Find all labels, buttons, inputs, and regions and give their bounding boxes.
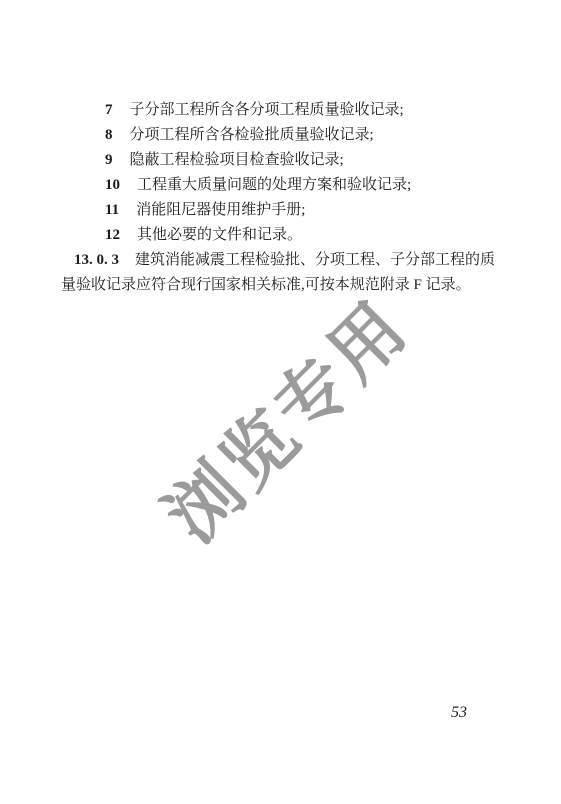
list-item: 10工程重大质量问题的处理方案和验收记录; [61,173,493,198]
list-item: 7子分部工程所含各分项工程质量验收记录; [61,98,493,123]
page-number: 53 [451,700,467,725]
document-page: 浏览专用 7子分部工程所含各分项工程质量验收记录; 8分项工程所含各检验批质量验… [0,0,561,804]
clause-first-line: 13. 0. 3建筑消能减震工程检验批、分项工程、子分部工程的质 [61,248,493,273]
list-item-number: 12 [105,227,120,243]
list-item-text: 工程重大质量问题的处理方案和验收记录; [137,177,411,193]
clause-number: 13. 0. 3 [74,252,119,268]
clause-text-line2: 量验收记录应符合现行国家相关标准,可按本规范附录 F 记录。 [61,273,493,298]
list-item-number: 11 [105,202,119,218]
watermark-text: 浏览专用 [139,273,428,562]
list-item-number: 8 [105,127,113,143]
list-item-text: 分项工程所含各检验批质量验收记录; [130,127,374,143]
list-item-text: 子分部工程所含各分项工程质量验收记录; [130,102,404,118]
list-item-number: 10 [105,177,120,193]
list-item-text: 消能阻尼器使用维护手册; [136,202,305,218]
list-item: 8分项工程所含各检验批质量验收记录; [61,123,493,148]
list-item: 9隐蔽工程检验项目检查验收记录; [61,148,493,173]
page-content: 7子分部工程所含各分项工程质量验收记录; 8分项工程所含各检验批质量验收记录; … [61,98,493,298]
list-item: 11消能阻尼器使用维护手册; [61,198,493,223]
list-item: 12其他必要的文件和记录。 [61,223,493,248]
list-item-number: 9 [105,152,113,168]
list-item-text: 隐蔽工程检验项目检查验收记录; [130,152,344,168]
list-item-number: 7 [105,102,113,118]
clause-text-line1: 建筑消能减震工程检验批、分项工程、子分部工程的质 [135,252,495,268]
list-item-text: 其他必要的文件和记录。 [137,227,302,243]
clause-paragraph: 13. 0. 3建筑消能减震工程检验批、分项工程、子分部工程的质 量验收记录应符… [61,248,493,298]
